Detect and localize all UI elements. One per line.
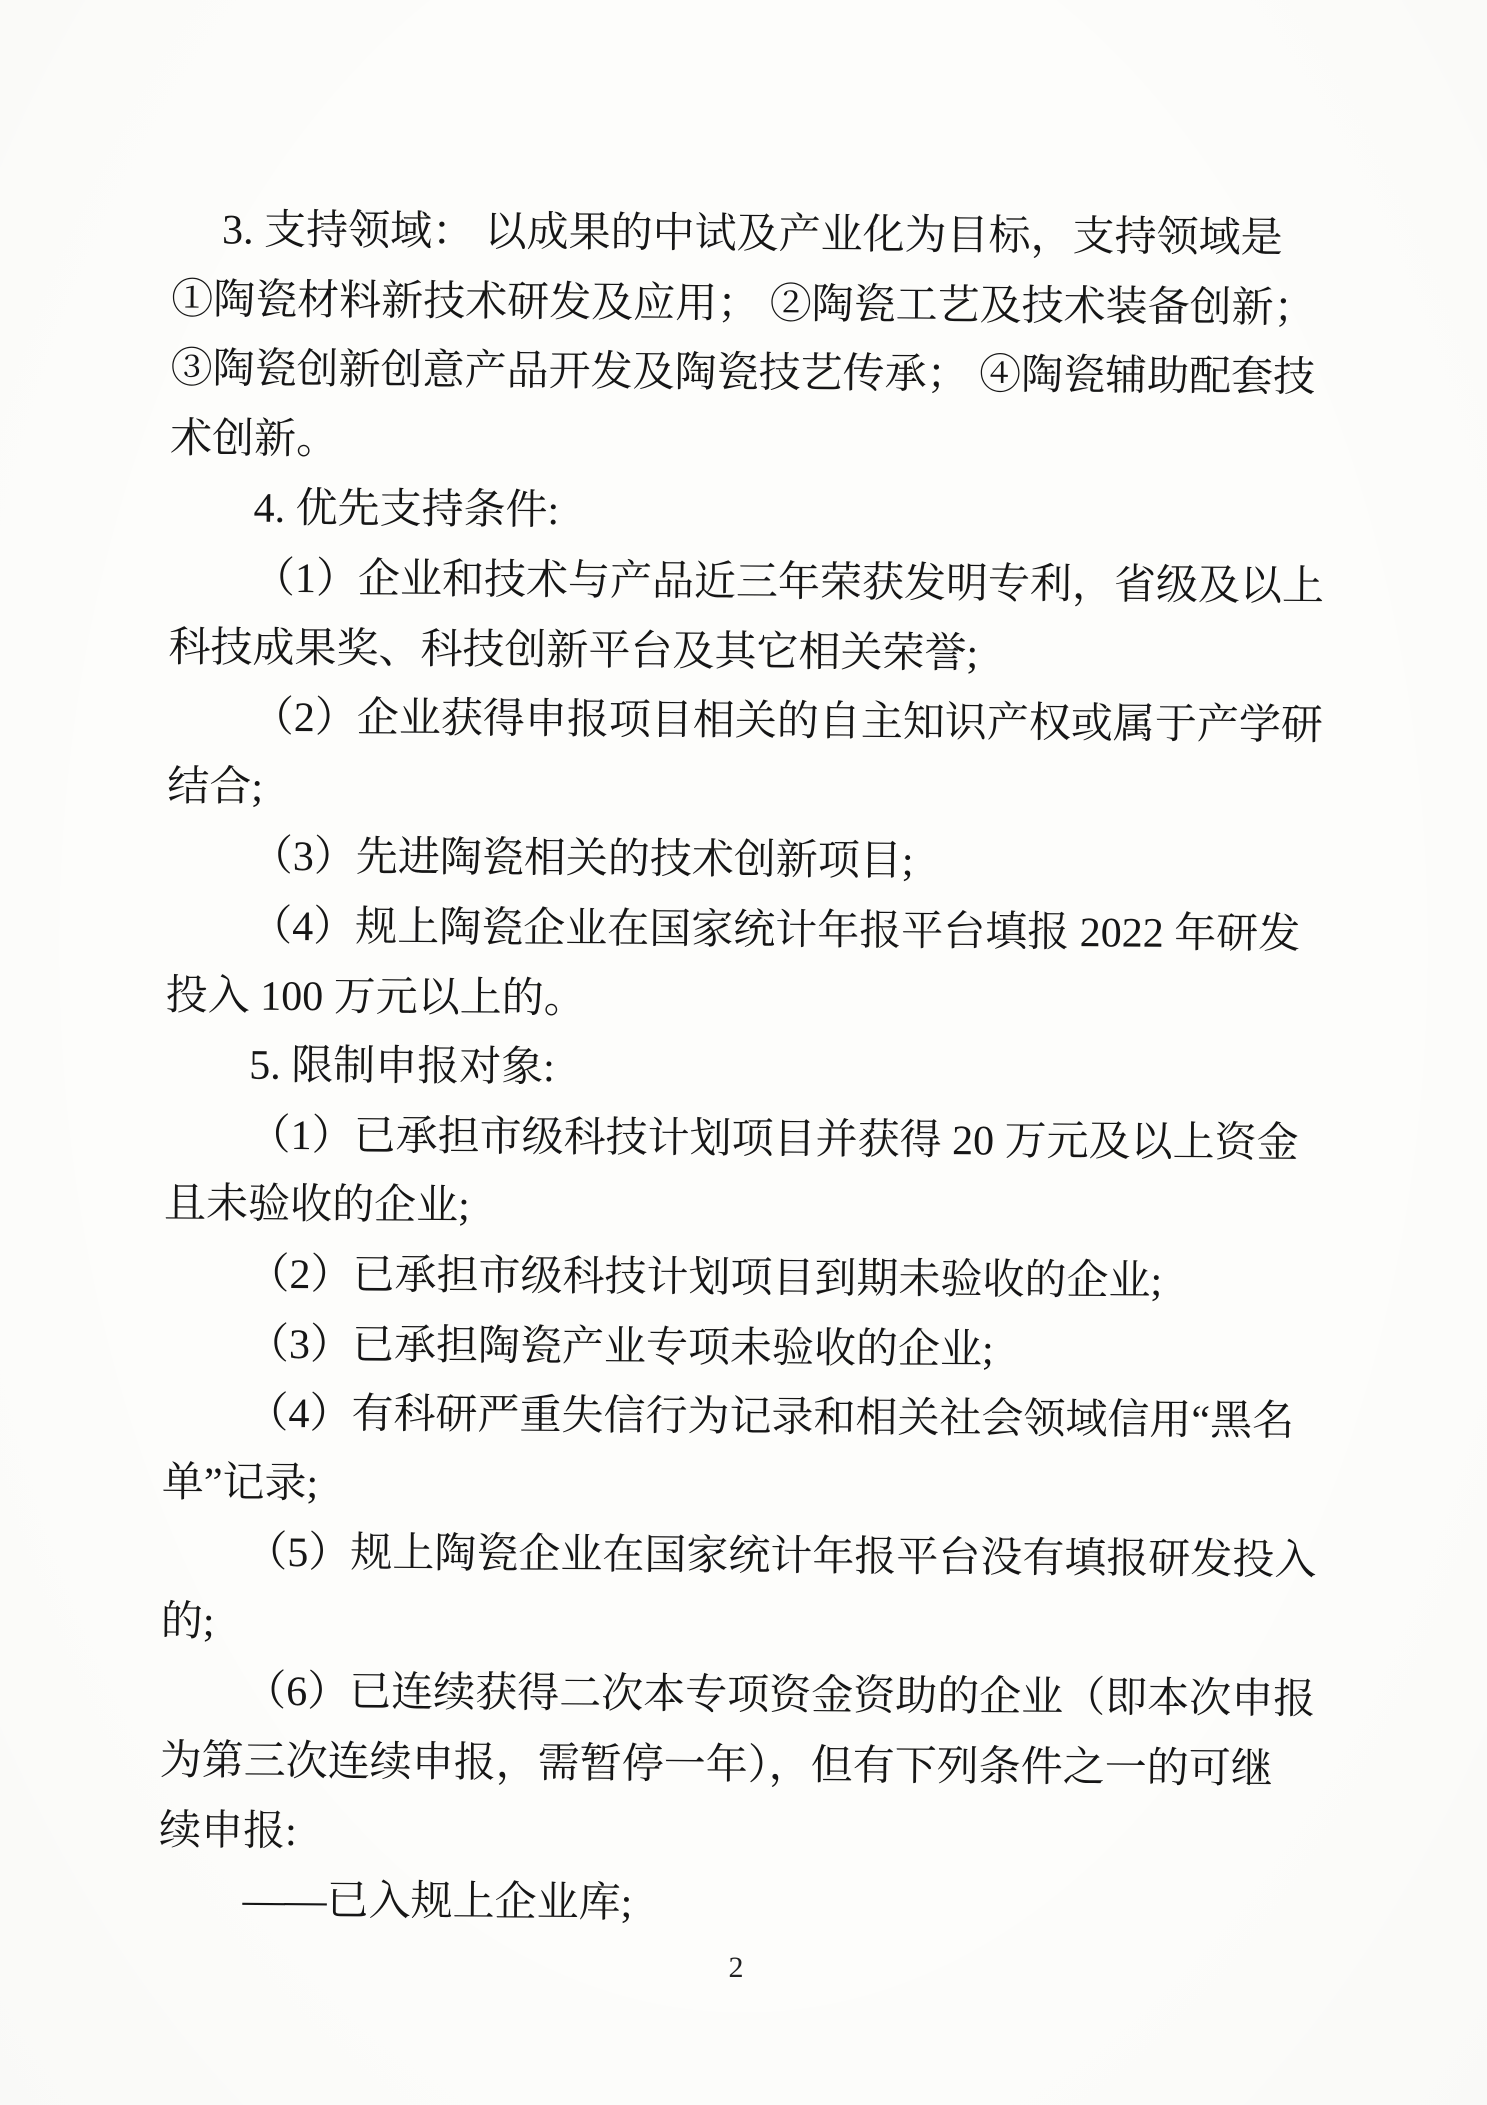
text-line: （2）企业获得申报项目相关的自主知识产权或属于产学研	[168, 683, 1349, 762]
text-line: 3. 支持领域： 以成果的中试及产业化为目标，支持领域是	[171, 196, 1352, 275]
text-line: （4）有科研严重失信行为记录和相关社会领域信用“黑名	[162, 1379, 1343, 1458]
page-number: 2	[0, 1950, 1472, 1986]
text-line: 为第三次连续申报，需暂停一年），但有下列条件之一的可继	[159, 1727, 1340, 1806]
text-line: （3）先进陶瓷相关的技术创新项目;	[167, 822, 1348, 901]
text-line: 且未验收的企业;	[164, 1170, 1345, 1249]
document-page: 3. 支持领域： 以成果的中试及产业化为目标，支持领域是①陶瓷材料新技术研发及应…	[0, 0, 1487, 2105]
text-line: （4）规上陶瓷企业在国家统计年报平台填报 2022 年研发	[166, 892, 1347, 971]
text-line: ——已入规上企业库;	[158, 1866, 1339, 1945]
text-line: 单”记录;	[162, 1449, 1343, 1528]
text-line: （5）规上陶瓷企业在国家统计年报平台没有填报研发投入	[161, 1518, 1342, 1597]
text-line: （6）已连续获得二次本专项资金资助的企业（即本次申报	[160, 1657, 1341, 1736]
text-line: （1）已承担市级科技计划项目并获得 20 万元及以上资金	[164, 1101, 1345, 1180]
text-line: ③陶瓷创新创意产品开发及陶瓷技艺传承； ④陶瓷辅助配套技	[170, 335, 1351, 414]
text-line: 科技成果奖、科技创新平台及其它相关荣誉;	[168, 614, 1349, 693]
text-line: （2）已承担市级科技计划项目到期未验收的企业;	[163, 1240, 1344, 1319]
text-line: （1）企业和技术与产品近三年荣获发明专利，省级及以上	[169, 544, 1350, 623]
text-line: （3）已承担陶瓷产业专项未验收的企业;	[163, 1309, 1344, 1388]
text-line: 投入 100 万元以上的。	[165, 962, 1346, 1041]
text-line: 术创新。	[170, 405, 1351, 484]
text-line: 4. 优先支持条件:	[169, 474, 1350, 553]
text-line: ①陶瓷材料新技术研发及应用； ②陶瓷工艺及技术装备创新；	[171, 266, 1352, 345]
text-line: 5. 限制申报对象:	[165, 1031, 1346, 1110]
text-block: 3. 支持领域： 以成果的中试及产业化为目标，支持领域是①陶瓷材料新技术研发及应…	[158, 196, 1352, 1945]
text-line: 结合;	[167, 753, 1348, 832]
text-line: 续申报:	[159, 1797, 1340, 1876]
text-line: 的;	[161, 1588, 1342, 1667]
